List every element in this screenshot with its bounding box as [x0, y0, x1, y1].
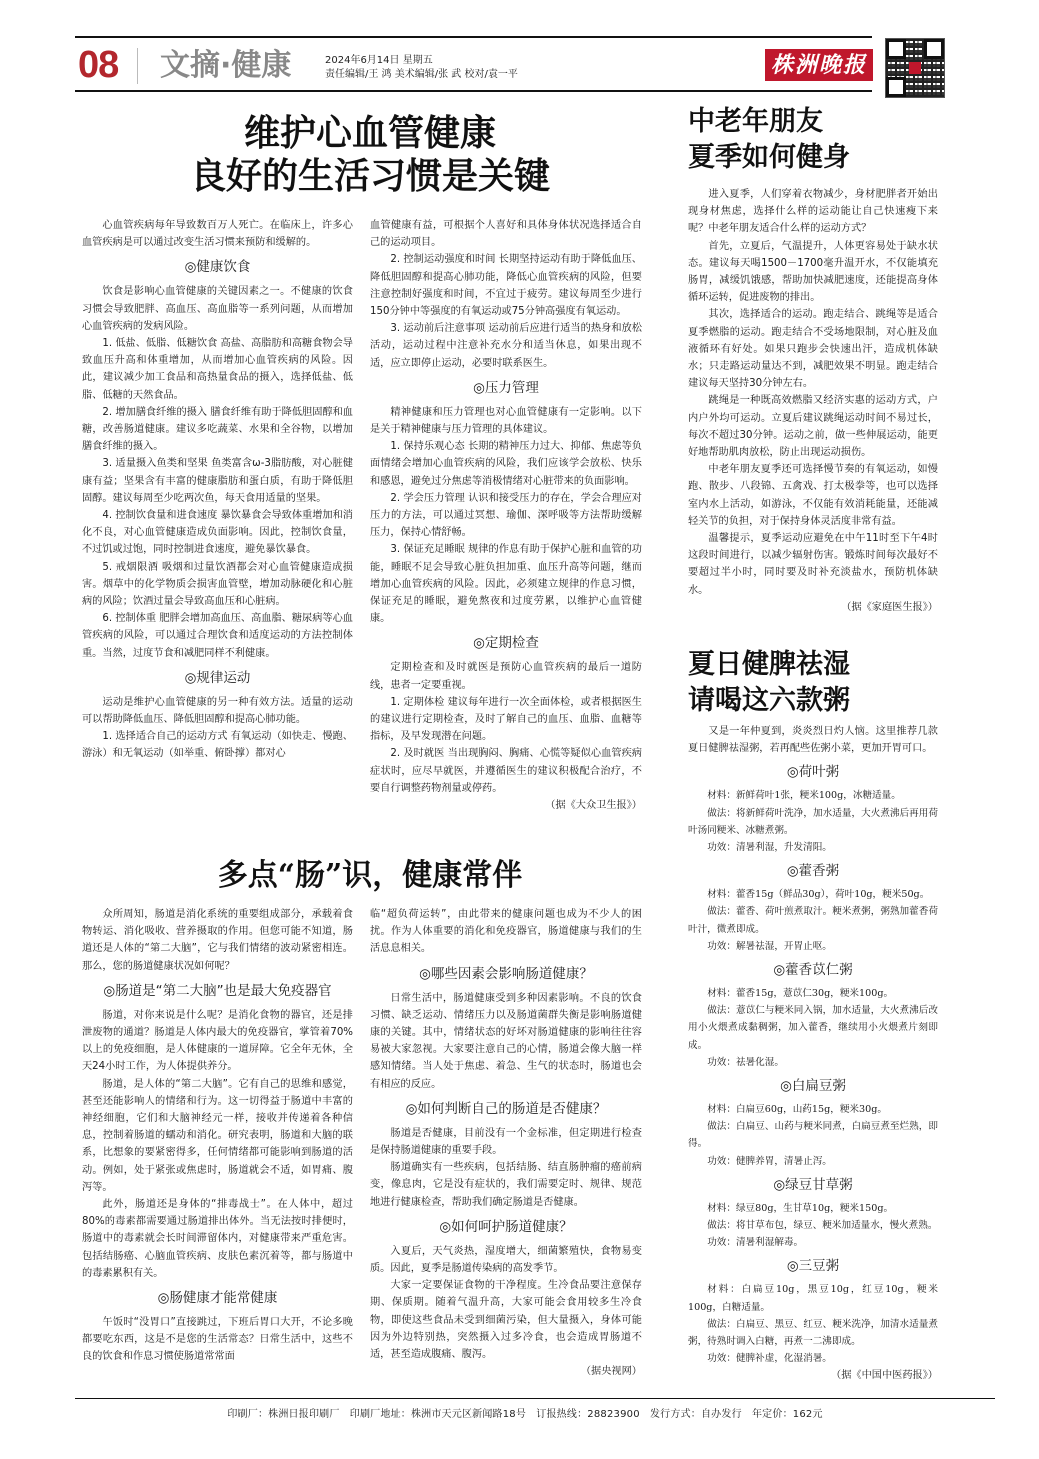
masthead-meta: 2024年6月14日 星期五 责任编辑/王 鸿 美术编辑/张 武 校对/袁一平 — [325, 54, 518, 82]
paragraph: 进入夏季，人们穿着衣物减少，身材肥胖者开始出现身材焦虑，选择什么样的运动能让自己… — [688, 186, 938, 238]
newspaper-logo: 株洲晚报 — [765, 49, 873, 81]
paragraph: 此外，肠道还是身体的“排毒战士”。在人体中，超过80%的毒素都需要通过肠道排出体… — [82, 1196, 353, 1282]
paragraph: 精神健康和压力管理也对心血管健康有一定影响。以下是关于精神健康与压力管理的具体建… — [370, 404, 642, 438]
subheading: ◎压力管理 — [370, 373, 642, 403]
paragraph: 5. 戒烟限酒 吸烟和过量饮酒都会对心血管健康造成损害。烟草中的化学物质会损害血… — [82, 559, 353, 611]
headline-line-1: 夏日健脾祛湿 — [688, 647, 850, 683]
source-credit: （据央视网） — [370, 1363, 642, 1380]
recipe-line: 功效：解暑祛湿，开胃止呕。 — [688, 938, 938, 955]
recipe-line: 做法：白扁豆、山药与粳米同煮，白扁豆煮至烂熟，即得。 — [688, 1118, 938, 1152]
recipe-title: ◎藿香粥 — [688, 857, 938, 885]
recipe-line: 材料：新鲜荷叶1张，粳米100g，冰糖适量。 — [688, 787, 938, 804]
porridge-article-headline: 夏日健脾祛湿 请喝这六款粥 — [688, 647, 850, 719]
heart-article-column-1: 心血管疾病每年导致数百万人死亡。在临床上，许多心血管疾病是可以通过改变生活习惯来… — [82, 217, 353, 763]
recipe-title: ◎藿香苡仁粥 — [688, 956, 938, 984]
headline-line-1: 维护心血管健康 — [90, 112, 650, 155]
subheading: ◎如何判断自己的肠道是否健康？ — [370, 1094, 642, 1124]
paragraph: 定期检查和及时就医是预防心血管疾病的最后一道防线，患者一定要重视。 — [370, 659, 642, 693]
paragraph: 2. 及时就医 当出现胸闷、胸痛、心慌等疑似心血管疾病症状时，应尽早就医，并遵循… — [370, 745, 642, 797]
bowel-article-headline: 多点“肠”识，健康常伴 — [90, 858, 650, 894]
recipe-line: 做法：藿香、荷叶煎煮取汁。粳米煮粥，粥熟加藿香荷叶汁，微煮即成。 — [688, 903, 938, 937]
paragraph: 4. 控制饮食量和进食速度 暴饮暴食会导致体重增加和消化不良，对心血管健康造成负… — [82, 507, 353, 559]
paragraph: 午饭时“没胃口”直接跳过，下班后胃口大开，不论多晚都要吃东西，这是不是您的生活常… — [82, 1314, 353, 1366]
paragraph: 肠道，是人体的“第二大脑”。它有自己的思维和感觉，甚至还能影响人的情绪和行为。这… — [82, 1076, 353, 1196]
paragraph: 3. 运动前后注意事项 运动前后应进行适当的热身和放松活动，运动过程中注意补充水… — [370, 320, 642, 372]
qr-finder-icon — [886, 39, 906, 59]
issue-date: 2024年6月14日 星期五 — [325, 54, 518, 68]
subheading: ◎肠道是“第二大脑”也是最大免疫器官 — [82, 976, 353, 1006]
paragraph-continued: 临“超负荷运转”，由此带来的健康问题也成为不少人的困扰。作为人体重要的消化和免疫… — [370, 906, 642, 958]
paragraph: 大家一定要保证食物的干净程度。生冷食品要注意保存期、保质期。随着气温升高，大家可… — [370, 1277, 642, 1363]
headline-line-2: 良好的生活习惯是关键 — [90, 155, 650, 198]
porridge-article-body: 又是一年仲夏到，炎炎烈日灼人恼。这里推荐几款夏日健脾祛湿粥，若再配些佐粥小菜，更… — [688, 723, 938, 1385]
page-number: 08 — [78, 44, 118, 86]
paragraph: 温馨提示，夏季运动应避免在中午11时至下午4时这段时间进行，以减少辐射伤害。锻炼… — [688, 530, 938, 599]
recipe-title: ◎荷叶粥 — [688, 758, 938, 786]
paragraph: 中老年朋友夏季还可选择慢节奏的有氧运动，如慢跑、散步、八段锦、五禽戏、打太极拳等… — [688, 461, 938, 530]
recipe-line: 材料：绿豆80g，生甘草10g，粳米150g。 — [688, 1200, 938, 1217]
recipe-line: 做法：将新鲜荷叶洗净，加水适量，大火煮沸后再用荷叶汤同粳米、冰糖煮粥。 — [688, 805, 938, 839]
porridge-intro: 又是一年仲夏到，炎炎烈日灼人恼。这里推荐几款夏日健脾祛湿粥，若再配些佐粥小菜，更… — [688, 723, 938, 757]
recipe-line: 功效：健脾补虚，化湿消暑。 — [688, 1350, 938, 1367]
qr-finder-icon — [886, 77, 906, 97]
paragraph: 1. 低盐、低脂、低糖饮食 高盐、高脂肪和高糖食物会导致血压升高和体重增加，从而… — [82, 335, 353, 404]
recipe-line: 做法：白扁豆、黑豆、红豆、粳米洗净，加清水适量煮粥，待熟时调入白糖，再煮一二沸即… — [688, 1316, 938, 1350]
paragraph: 众所周知，肠道是消化系统的重要组成部分，承载着食物转运、消化吸收、营养摄取的作用… — [82, 906, 353, 975]
paragraph: 2. 学会压力管理 认识和接受压力的存在，学会合理应对压力的方法，可以通过冥想、… — [370, 490, 642, 542]
paragraph: 3. 保证充足睡眠 规律的作息有助于保护心脏和血管的功能，睡眠不足会导致心脏负担… — [370, 541, 642, 627]
subheading: ◎肠健康才能常健康 — [82, 1283, 353, 1313]
paragraph: 饮食是影响心血管健康的关键因素之一。不健康的饮食习惯会导致肥胖、高血压、高血脂等… — [82, 283, 353, 335]
recipe-title: ◎白扁豆粥 — [688, 1072, 938, 1100]
recipe-line: 材料：白扁豆10g，黑豆10g，红豆10g，粳米100g，白糖适量。 — [688, 1281, 938, 1315]
paragraph: 跳绳是一种既高效燃脂又经济实惠的运动方式，户内户外均可运动。立夏后建议跳绳运动时… — [688, 392, 938, 461]
fitness-article-headline: 中老年朋友 夏季如何健身 — [688, 104, 850, 176]
paragraph: 首先，立夏后，气温提升，人体更容易处于缺水状态。建议每天喝1500－1700毫升… — [688, 238, 938, 307]
print-info-footer: 印刷厂：株洲日报印刷厂 印刷厂地址：株洲市天元区新闻路18号 订报热线：2882… — [80, 1405, 970, 1420]
heart-article-headline: 维护心血管健康 良好的生活习惯是关键 — [90, 112, 650, 198]
paragraph-continued: 血管健康有益，可根据个人喜好和具体身体状况选择适合自己的运动项目。 — [370, 217, 642, 251]
qr-code-icon[interactable] — [885, 38, 945, 98]
recipe-line: 材料：藿香15g（鲜品30g），荷叶10g，粳米50g。 — [688, 886, 938, 903]
recipe-line: 功效：清暑利湿，升发清阳。 — [688, 839, 938, 856]
subheading: ◎如何呵护肠道健康？ — [370, 1212, 642, 1242]
masthead-top-rule — [75, 36, 872, 38]
recipe-line: 功效：祛暑化湿。 — [688, 1054, 938, 1071]
subheading: ◎规律运动 — [82, 663, 353, 693]
footer-rule — [75, 1398, 995, 1399]
fitness-article-body: 进入夏季，人们穿着衣物减少，身材肥胖者开始出现身材焦虑，选择什么样的运动能让自己… — [688, 186, 938, 616]
source-credit: （据《家庭医生报》） — [688, 599, 938, 616]
recipe-line: 功效：清暑利湿解毒。 — [688, 1234, 938, 1251]
masthead-divider — [137, 48, 138, 84]
recipe-line: 材料：白扁豆60g，山药15g，粳米30g。 — [688, 1101, 938, 1118]
subheading: ◎健康饮食 — [82, 252, 353, 282]
paragraph: 其次，选择适合的运动。跑走结合、跳绳等是适合夏季燃脂的运动。跑走结合不受场地限制… — [688, 306, 938, 392]
headline-line-1: 中老年朋友 — [688, 104, 850, 140]
paragraph: 3. 适量摄入鱼类和坚果 鱼类富含ω-3脂肪酸，对心脏健康有益；坚果含有丰富的健… — [82, 455, 353, 507]
paragraph: 心血管疾病每年导致数百万人死亡。在临床上，许多心血管疾病是可以通过改变生活习惯来… — [82, 217, 353, 251]
paragraph: 2. 增加膳食纤维的摄入 膳食纤维有助于降低胆固醇和血糖，改善肠道健康。建议多吃… — [82, 404, 353, 456]
headline-line-2: 请喝这六款粥 — [688, 683, 850, 719]
paragraph: 肠道，对你来说是什么呢？是消化食物的器官，还是排泄废物的通道？肠道是人体内最大的… — [82, 1007, 353, 1076]
recipe-line: 做法：将甘草布包，绿豆、粳米加适量水，慢火煮熟。 — [688, 1217, 938, 1234]
bowel-article-column-1: 众所周知，肠道是消化系统的重要组成部分，承载着食物转运、消化吸收、营养摄取的作用… — [82, 906, 353, 1366]
bowel-article-column-2: 临“超负荷运转”，由此带来的健康问题也成为不少人的困扰。作为人体重要的消化和免疫… — [370, 906, 642, 1380]
paragraph: 入夏后，天气炎热，湿度增大，细菌繁殖快，食物易变质。因此，夏季是肠道传染病的高发… — [370, 1243, 642, 1277]
section-title: 文摘·健康 — [160, 46, 291, 86]
paragraph: 肠道确实有一些疾病，包括结肠、结直肠肿瘤的癌前病变，像息肉，它是没有症状的，我们… — [370, 1159, 642, 1211]
paragraph: 日常生活中，肠道健康受到多种因素影响。不良的饮食习惯、缺乏运动、情绪压力以及肠道… — [370, 990, 642, 1093]
recipe-list: ◎荷叶粥材料：新鲜荷叶1张，粳米100g，冰糖适量。做法：将新鲜荷叶洗净，加水适… — [688, 758, 938, 1367]
paragraph: 1. 保持乐观心态 长期的精神压力过大、抑郁、焦虑等负面情绪会增加心血管疾病的风… — [370, 438, 642, 490]
paragraph: 肠道是否健康，目前没有一个金标准，但定期进行检查是保持肠道健康的重要手段。 — [370, 1125, 642, 1159]
qr-finder-icon — [924, 39, 944, 59]
editors-credit: 责任编辑/王 鸿 美术编辑/张 武 校对/袁一平 — [325, 68, 518, 82]
source-credit: （据《大众卫生报》） — [370, 797, 642, 814]
paragraph: 6. 控制体重 肥胖会增加高血压、高血脂、糖尿病等心血管疾病的风险，可以通过合理… — [82, 610, 353, 662]
qr-center-logo-icon — [909, 62, 921, 74]
recipe-line: 做法：薏苡仁与粳米同入锅，加水适量，大火煮沸后改用小火煨煮成黏稠粥，加入藿香，继… — [688, 1002, 938, 1054]
masthead-bottom-rule — [75, 90, 872, 92]
recipe-title: ◎绿豆甘草粥 — [688, 1171, 938, 1199]
recipe-line: 材料：藿香15g，薏苡仁30g，粳米100g。 — [688, 985, 938, 1002]
headline-line-2: 夏季如何健身 — [688, 140, 850, 176]
porridge-source: （据《中国中医药报》） — [688, 1367, 938, 1384]
heart-article-column-2: 血管健康有益，可根据个人喜好和具体身体状况选择适合自己的运动项目。2. 控制运动… — [370, 217, 642, 814]
paragraph: 1. 选择适合自己的运动方式 有氧运动（如快走、慢跑、游泳）和无氧运动（如举重、… — [82, 728, 353, 762]
recipe-title: ◎三豆粥 — [688, 1252, 938, 1280]
paragraph: 1. 定期体检 建议每年进行一次全面体检，或者根据医生的建议进行定期检查，及时了… — [370, 694, 642, 746]
paragraph: 运动是维护心血管健康的另一种有效方法。适量的运动可以帮助降低血压、降低胆固醇和提… — [82, 694, 353, 728]
subheading: ◎哪些因素会影响肠道健康？ — [370, 959, 642, 989]
recipe-line: 功效：健脾养胃，清暑止泻。 — [688, 1153, 938, 1170]
paragraph: 2. 控制运动强度和时间 长期坚持运动有助于降低血压、降低胆固醇和提高心肺功能，… — [370, 251, 642, 320]
subheading: ◎定期检查 — [370, 628, 642, 658]
